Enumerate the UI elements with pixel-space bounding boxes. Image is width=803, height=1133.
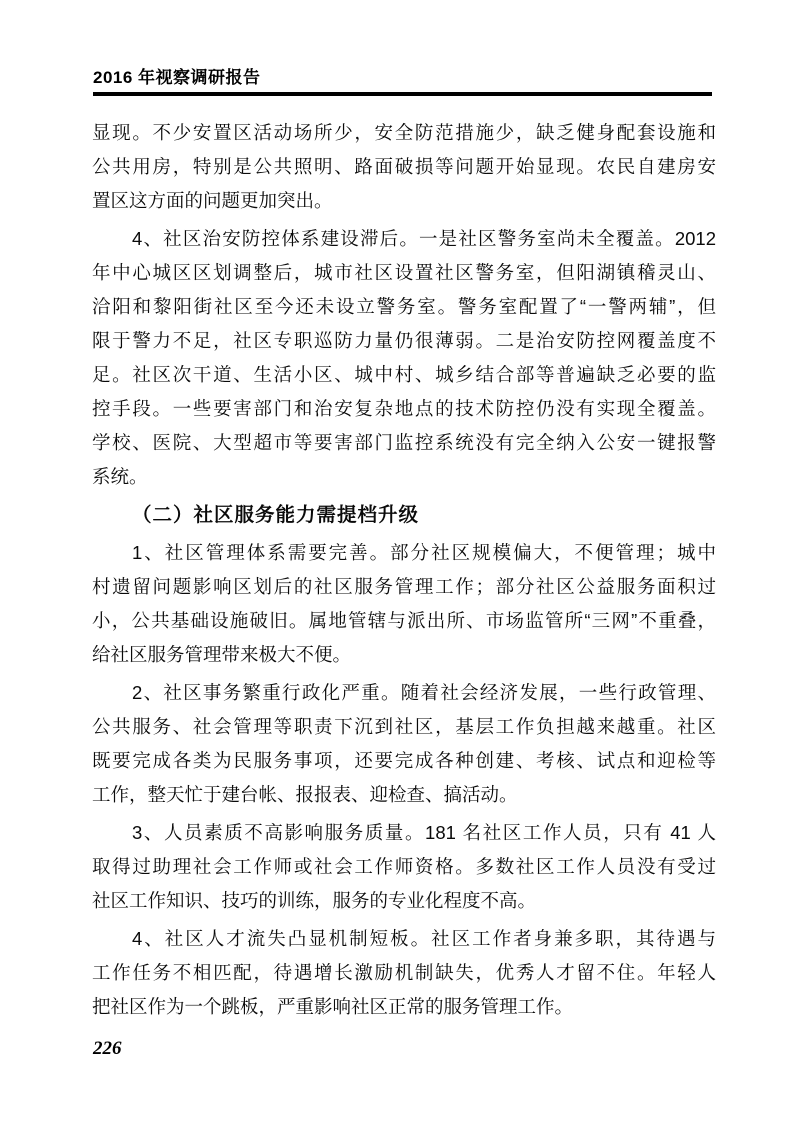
text-line: 足。社区次干道、生活小区、城中村、城乡结合部等普遍缺乏必要的监 [92, 358, 716, 392]
text-line: 控手段。一些要害部门和治安复杂地点的技术防控仍没有实现全覆盖。 [92, 392, 716, 426]
text-line: 社区工作知识、技巧的训练，服务的专业化程度不高。 [92, 884, 716, 918]
text-line: 洽阳和黎阳街社区至今还未设立警务室。警务室配置了“一警两辅”，但 [92, 290, 716, 324]
header-divider-rule [93, 92, 712, 96]
text-line: 3、人员素质不高影响服务质量。181 名社区工作人员，只有 41 人 [92, 816, 716, 850]
text-line: 年中心城区区划调整后，城市社区设置社区警务室，但阳湖镇稽灵山、 [92, 256, 716, 290]
text-line: 系统。 [92, 460, 716, 494]
paragraph-block: 1、社区管理体系需要完善。部分社区规模偏大，不便管理；城中村遗留问题影响区划后的… [92, 536, 716, 672]
section-heading: （二）社区服务能力需提档升级 [92, 498, 716, 532]
document-page: 2016 年视察调研报告 显现。不少安置区活动场所少，安全防范措施少，缺乏健身配… [0, 0, 803, 1133]
paragraph-block: 4、社区治安防控体系建设滞后。一是社区警务室尚未全覆盖。2012年中心城区区划调… [92, 222, 716, 494]
text-line: 学校、医院、大型超市等要害部门监控系统没有完全纳入公安一键报警 [92, 426, 716, 460]
text-line: 公共服务、社会管理等职责下沉到社区，基层工作负担越来越重。社区 [92, 710, 716, 744]
text-line: 显现。不少安置区活动场所少，安全防范措施少，缺乏健身配套设施和 [92, 116, 716, 150]
paragraph-block: 3、人员素质不高影响服务质量。181 名社区工作人员，只有 41 人取得过助理社… [92, 816, 716, 918]
text-line: 1、社区管理体系需要完善。部分社区规模偏大，不便管理；城中 [92, 536, 716, 570]
text-line: 村遗留问题影响区划后的社区服务管理工作；部分社区公益服务面积过 [92, 570, 716, 604]
text-line: 把社区作为一个跳板，严重影响社区正常的服务管理工作。 [92, 990, 716, 1024]
text-line: 4、社区人才流失凸显机制短板。社区工作者身兼多职，其待遇与 [92, 922, 716, 956]
text-line: 置区这方面的问题更加突出。 [92, 184, 716, 218]
text-line: 既要完成各类为民服务事项，还要完成各种创建、考核、试点和迎检等 [92, 744, 716, 778]
paragraph-block: 显现。不少安置区活动场所少，安全防范措施少，缺乏健身配套设施和公共用房，特别是公… [92, 116, 716, 218]
text-line: 工作任务不相匹配，待遇增长激励机制缺失，优秀人才留不住。年轻人 [92, 956, 716, 990]
page-header-title: 2016 年视察调研报告 [93, 63, 261, 88]
text-line: 小，公共基础设施破旧。属地管辖与派出所、市场监管所“三网”不重叠， [92, 604, 716, 638]
section-heading-block: （二）社区服务能力需提档升级 [92, 498, 716, 532]
text-line: 4、社区治安防控体系建设滞后。一是社区警务室尚未全覆盖。2012 [92, 222, 716, 256]
text-line: 限于警力不足，社区专职巡防力量仍很薄弱。二是治安防控网覆盖度不 [92, 324, 716, 358]
paragraph-block: 4、社区人才流失凸显机制短板。社区工作者身兼多职，其待遇与工作任务不相匹配，待遇… [92, 922, 716, 1024]
text-line: 给社区服务管理带来极大不便。 [92, 638, 716, 672]
page-number: 226 [93, 1038, 122, 1060]
text-line: 取得过助理社会工作师或社会工作师资格。多数社区工作人员没有受过 [92, 850, 716, 884]
text-line: 公共用房，特别是公共照明、路面破损等问题开始显现。农民自建房安 [92, 150, 716, 184]
paragraph-block: 2、社区事务繁重行政化严重。随着社会经济发展，一些行政管理、公共服务、社会管理等… [92, 676, 716, 812]
text-line: 工作，整天忙于建台帐、报报表、迎检查、搞活动。 [92, 778, 716, 812]
text-line: 2、社区事务繁重行政化严重。随着社会经济发展，一些行政管理、 [92, 676, 716, 710]
document-body: 显现。不少安置区活动场所少，安全防范措施少，缺乏健身配套设施和公共用房，特别是公… [92, 116, 716, 1024]
